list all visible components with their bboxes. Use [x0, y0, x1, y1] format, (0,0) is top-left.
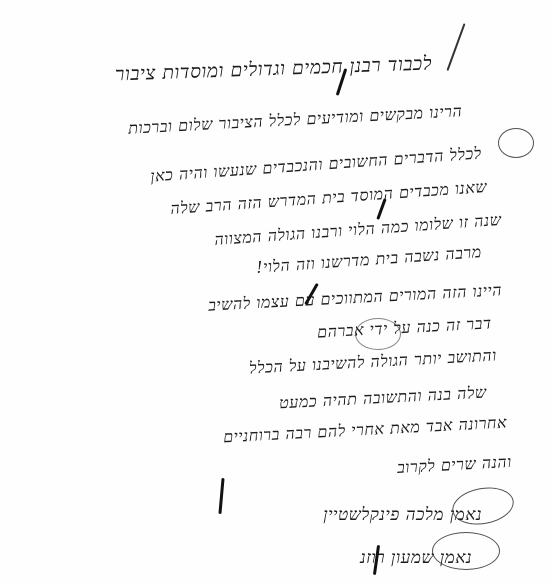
letter-page: לכבוד רבנן חכמים וגדולים ומוסדות ציבור ה…	[0, 0, 552, 586]
letter-line: והתושב יותר הגולה להשיבנו על הכלל	[249, 346, 498, 379]
circled-mark	[498, 128, 534, 158]
ink-stroke	[218, 478, 224, 514]
letter-line: שלה בנה והתשובה תהיה כמעט	[279, 383, 488, 414]
letter-line: אחרונה אבד מאת אחרי להם רבה ברוחניים	[223, 413, 508, 448]
letter-line: היינו הזה המורים המתווכים עם עצמו להשיב	[207, 280, 502, 315]
letter-line: והנה שרים לקרוב	[397, 452, 513, 478]
letter-line: הרינו מבקשים ומודיעים לכלל הציבור שלום ו…	[127, 101, 462, 138]
margin-stroke	[446, 23, 465, 70]
letter-line: מרבה נשבה בית מדרשנו וזה הלוי!	[256, 242, 483, 278]
letter-line: שאנו מכבדים המוסד בית המדרש הזה הרב שלה	[169, 177, 487, 219]
letter-heading: לכבוד רבנן חכמים וגדולים ומוסדות ציבור	[114, 52, 432, 86]
signature-flourish	[432, 532, 500, 570]
circled-word	[355, 318, 401, 350]
letter-line: דבר זה כנה על ידי אברהם	[317, 313, 493, 342]
